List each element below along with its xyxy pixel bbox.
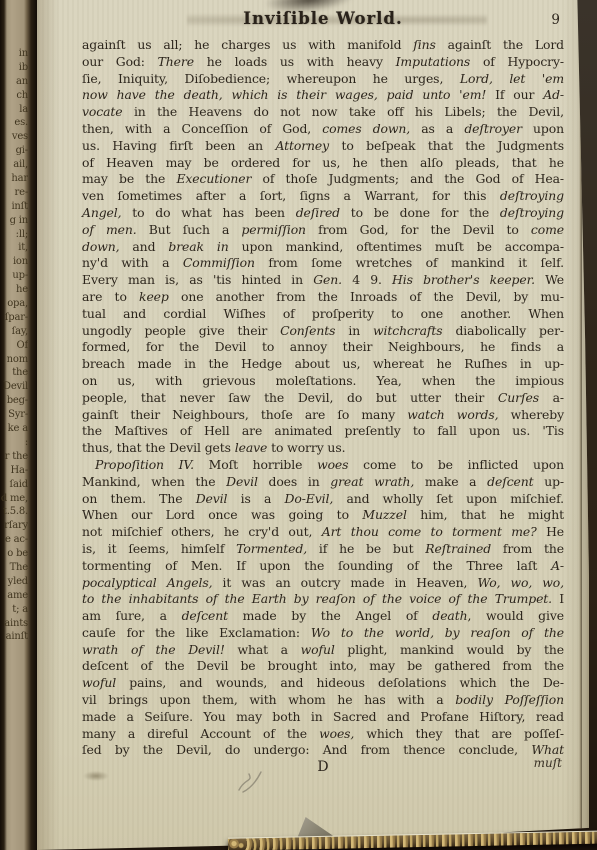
page-header: Inviſible World. 9 [82, 9, 564, 33]
gutter-fragment-1: in [0, 47, 28, 61]
text-line-32: tormenting of Men. If upon the ſounding … [82, 558, 564, 575]
gutter-fragment-23: nom [0, 353, 28, 367]
text-line-5: vocate in the Heavens do not now take of… [82, 104, 564, 121]
gutter-fragment-17: up- [0, 269, 28, 283]
text-line-14: ny'd with a Commiſſion from ſome wretche… [82, 255, 564, 272]
text-line-31: is, it ſeems, himſelf Tormented, if he b… [82, 541, 564, 558]
text-line-12: of men. But ſuch a permiſſion from God, … [82, 222, 564, 239]
text-line-39: woful pains, and wounds, and hideous deſ… [82, 675, 564, 692]
gutter-fragment-22: Of [0, 339, 28, 353]
text-line-22: people, that never ſaw the Devil, do but… [82, 390, 564, 407]
text-line-1: againſt us all; he charges us with manif… [82, 37, 564, 54]
text-line-40: vil brings upon them, with whom he has w… [82, 692, 564, 709]
text-line-36: cauſe for the like Exclamation: Wo to th… [82, 625, 564, 642]
text-line-42: many a direful Account of the woes, whic… [82, 726, 564, 743]
gutter-fragment-18: he [0, 283, 28, 297]
book-page: Inviſible World. 9 againſt us all; he ch… [37, 0, 589, 850]
gutter-fragment-29: : does [0, 436, 28, 450]
gutter-fragment-8: gi- [0, 144, 28, 158]
gutter-fragment-20: ſpar- [0, 311, 28, 325]
text-line-35: am ſure, a deſcent made by the Angel of … [82, 608, 564, 625]
catchword: muſt [534, 756, 562, 770]
gutter-fragment-42: aints [0, 617, 28, 631]
body-text: againſt us all; he charges us with manif… [82, 37, 564, 759]
text-line-27: Mankind, when the Devil does in great wr… [82, 474, 564, 491]
gutter-fragment-37: o be [0, 547, 28, 561]
text-line-26: Propoſition IV. Moſt horrible woes come … [82, 457, 564, 474]
text-line-29: When our Lord once was going to Muzzel h… [82, 507, 564, 524]
text-line-8: of Heaven may be ordered for us, he then… [82, 155, 564, 172]
gutter-fragment-40: ame [0, 589, 28, 603]
page-footer: D muſt [82, 759, 564, 779]
gutter-fragment-14: :ll; [0, 228, 28, 242]
text-line-23: gainſt their Neighbours, thoſe are ſo ma… [82, 407, 564, 424]
text-line-7: us. Having firſt been an Attorney to beſ… [82, 138, 564, 155]
gutter-fragment-32: ſaid [0, 478, 28, 492]
text-line-37: wrath of the Devil! what a woful plight,… [82, 642, 564, 659]
gutter-fragment-28: ke a [0, 422, 28, 436]
text-line-16: are to keep one another from the Inroads… [82, 289, 564, 306]
text-line-43: ſed by the Devil, do undergo: And from t… [82, 742, 564, 759]
text-line-4: now have the death, which is their wages… [82, 87, 564, 104]
gutter-fragment-26: beg- [0, 394, 28, 408]
gutter-fragment-35: rſary [0, 519, 28, 533]
book-photograph: Inviſible World. 9 againſt us all; he ch… [0, 0, 597, 850]
gutter-fragment-5: la [0, 103, 28, 117]
gutter-fragment-41: t; a [0, 603, 28, 617]
gutter-fragment-30: r the [0, 450, 28, 464]
gutter-fragment-34: t.5.8. [0, 505, 28, 519]
text-line-13: down, and break in upon mankind, oftenti… [82, 239, 564, 256]
text-line-19: formed, for the Devil to annoy their Nei… [82, 339, 564, 356]
gutter-fragment-16: ion [0, 255, 28, 269]
gutter-fragment-36: e ac- [0, 533, 28, 547]
text-line-20: breach made in the Hedge about us, where… [82, 356, 564, 373]
pencil-squiggle [233, 768, 267, 794]
running-title: Inviſible World. [82, 9, 564, 28]
text-line-21: on us, with grievous moleſtations. Yea, … [82, 373, 564, 390]
gutter-fragment-27: Syr- [0, 408, 28, 422]
text-line-11: Angel, to do what has been deſired to be… [82, 205, 564, 222]
text-line-28: on them. The Devil is a Do-Evil, and who… [82, 491, 564, 508]
text-line-6: then, with a Conceſſion of God, comes do… [82, 121, 564, 138]
gutter-fragment-31: Ha- [0, 464, 28, 478]
gutter-fragment-11: re- [0, 186, 28, 200]
book-gutter: inibanchlaes.vesgi-ail,harre-inſtg in:ll… [0, 0, 37, 850]
gutter-fragment-15: it, [0, 241, 28, 255]
text-line-30: not miſchief others, he cry'd out, Art t… [82, 524, 564, 541]
text-line-34: to the inhabitants of the Earth by reaſo… [82, 591, 564, 608]
gutter-fragment-6: es. [0, 116, 28, 130]
page-number: 9 [551, 12, 560, 28]
text-line-2: our God: There he loads us with heavy Im… [82, 54, 564, 71]
gutter-fragment-4: ch [0, 89, 28, 103]
gutter-fragment-19: opa, [0, 297, 28, 311]
gutter-fragment-24: the [0, 366, 28, 380]
text-line-33: pocalyptical Angels, it was an outcry ma… [82, 575, 564, 592]
text-line-17: tual and cordial Wiſhes of proſperity to… [82, 306, 564, 323]
gutter-fragment-13: g in [0, 214, 28, 228]
gutter-fragment-9: ail, [0, 158, 28, 172]
gutter-fragment-2: ib [0, 61, 28, 75]
text-line-18: ungodly people give their Conſents in wi… [82, 323, 564, 340]
gutter-fragment-39: yled [0, 575, 28, 589]
text-line-9: may be the Executioner of thoſe Judgment… [82, 171, 564, 188]
text-line-41: made a Seiſure. You may both in Sacred a… [82, 709, 564, 726]
gutter-fragment-43: ainſt [0, 630, 28, 644]
text-line-3: ſie, Iniquity, Diſobedience; whereupon h… [82, 71, 564, 88]
gutter-fragment-7: ves [0, 130, 28, 144]
text-line-15: Every man is, as 'tis hinted in Gen. 4 9… [82, 272, 564, 289]
gutter-fragment-12: inſt [0, 200, 28, 214]
gutter-fragment-3: an [0, 75, 28, 89]
facing-page-text-fragments: inibanchlaes.vesgi-ail,harre-inſtg in:ll… [0, 47, 28, 644]
gutter-fragment-21: ſay, [0, 325, 28, 339]
text-line-25: thus, that the Devil gets leave to worry… [82, 440, 564, 457]
text-line-10: ven ſometimes after a ſort, ſigns a Warr… [82, 188, 564, 205]
text-line-24: the Maſtives of Hell are animated preſen… [82, 423, 564, 440]
gutter-fragment-33: d me, [0, 492, 28, 506]
ink-blot [83, 771, 109, 781]
gutter-fragment-25: Devil [0, 380, 28, 394]
gutter-fragment-38: The [0, 561, 28, 575]
gutter-fragment-10: har [0, 172, 28, 186]
text-line-38: deſcent of the Devil be brought into, ma… [82, 658, 564, 675]
signature-mark: D [317, 759, 328, 775]
